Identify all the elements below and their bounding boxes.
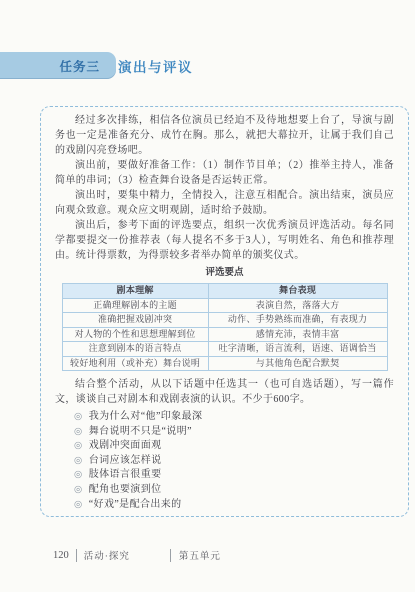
- topic-text: 舞台说明不只是“说明”: [89, 425, 192, 440]
- table-header-row: 剧本理解 舞台表现: [62, 284, 387, 299]
- table-cell: 与其他角色配合默契: [208, 356, 387, 371]
- paragraph-after-show: 演出后，参考下面的评选要点，组织一次优秀演员评选活动。每名同学都要提交一份推荐表…: [55, 218, 394, 263]
- column-header-stage: 舞台表现: [208, 284, 387, 299]
- table-cell: 动作、手势熟练而准确，有表现力: [208, 313, 387, 328]
- topic-item: ◎ 台词应该怎样说: [74, 454, 394, 469]
- table-cell: 对人物的个性和思想理解到位: [62, 327, 208, 342]
- task-tab: 任务三: [0, 52, 116, 79]
- topic-item: ◎ 戏剧冲突面面观: [74, 439, 394, 454]
- topic-item: ◎ 肢体语言很重要: [74, 468, 394, 483]
- ring-bullet-icon: ◎: [74, 439, 83, 454]
- task-tab-label: 任务三: [59, 57, 100, 75]
- unit-label: 第五单元: [179, 548, 221, 562]
- paragraph-intro: 经过多次排练，相信各位演员已经迫不及待地想要上台了，导演与剧务也一定是准备充分、…: [55, 113, 394, 158]
- topic-text: 戏剧冲突面面观: [89, 439, 162, 454]
- ring-bullet-icon: ◎: [74, 410, 83, 425]
- table-cell: 感情充沛，表情丰富: [208, 327, 387, 342]
- table-row: 准确把握戏剧冲突 动作、手势熟练而准确，有表现力: [62, 313, 387, 328]
- column-header-script: 剧本理解: [62, 284, 208, 299]
- table-row: 对人物的个性和思想理解到位 感情充沛，表情丰富: [62, 327, 387, 342]
- paragraph-essay-task: 结合整个活动，从以下话题中任选其一（也可自选话题），写一篇作文，谈谈自己对剧本和…: [55, 377, 394, 407]
- footer-divider: [76, 549, 77, 562]
- table-row: 注意到剧本的语言特点 吐字清晰，语言流利，语速、语调恰当: [62, 342, 387, 357]
- table-cell: 表演自然，落落大方: [208, 298, 387, 313]
- criteria-table: 剧本理解 舞台表现 正确理解剧本的主题 表演自然，落落大方 准确把握戏剧冲突 动…: [62, 283, 388, 371]
- paragraph-before-show: 演出前，要做好准备工作：（1）制作节目单；（2）推举主持人，准备简单的串词；（3…: [55, 158, 394, 188]
- ring-bullet-icon: ◎: [74, 454, 83, 469]
- ring-bullet-icon: ◎: [74, 483, 83, 498]
- table-cell: 正确理解剧本的主题: [62, 298, 208, 313]
- topic-text: 我为什么对“他”印象最深: [89, 410, 203, 425]
- topic-item: ◎ 我为什么对“他”印象最深: [74, 410, 394, 425]
- page-number: 120: [53, 550, 69, 561]
- topic-item: ◎ 舞台说明不只是“说明”: [74, 425, 394, 440]
- table-cell: 注意到剧本的语言特点: [62, 342, 208, 357]
- ring-bullet-icon: ◎: [74, 468, 83, 483]
- paragraph-during-show: 演出时，要集中精力，全情投入，注意互相配合。演出结束，演员应向观众致意。观众应文…: [55, 188, 394, 218]
- textbook-page: 任务三 演出与评议 经过多次排练，相信各位演员已经迫不及待地想要上台了，导演与剧…: [0, 0, 415, 592]
- page-footer: 120 活动·探究 第五单元: [53, 548, 221, 562]
- topic-item: ◎ 配角也要演到位: [74, 483, 394, 498]
- topic-list: ◎ 我为什么对“他”印象最深 ◎ 舞台说明不只是“说明” ◎ 戏剧冲突面面观 ◎…: [55, 410, 394, 512]
- criteria-table-title: 评选要点: [55, 267, 394, 280]
- table-cell: 准确把握戏剧冲突: [62, 313, 208, 328]
- ring-bullet-icon: ◎: [74, 425, 83, 440]
- table-cell: 吐字清晰，语言流利，语速、语调恰当: [208, 342, 387, 357]
- table-row: 较好地利用（或补充）舞台说明 与其他角色配合默契: [62, 356, 387, 371]
- topic-item: ◎ “好戏”是配合出来的: [74, 498, 394, 513]
- ring-bullet-icon: ◎: [74, 498, 83, 513]
- topic-text: “好戏”是配合出来的: [89, 498, 182, 513]
- book-section-label: 活动·探究: [84, 548, 130, 562]
- table-row: 正确理解剧本的主题 表演自然，落落大方: [62, 298, 387, 313]
- footer-divider: [170, 549, 171, 562]
- activity-box: 经过多次排练，相信各位演员已经迫不及待地想要上台了，导演与剧务也一定是准备充分、…: [40, 106, 409, 517]
- topic-text: 台词应该怎样说: [89, 454, 162, 469]
- topic-text: 配角也要演到位: [89, 483, 162, 498]
- table-cell: 较好地利用（或补充）舞台说明: [62, 356, 208, 371]
- topic-text: 肢体语言很重要: [89, 468, 162, 483]
- page-title: 演出与评议: [118, 56, 193, 76]
